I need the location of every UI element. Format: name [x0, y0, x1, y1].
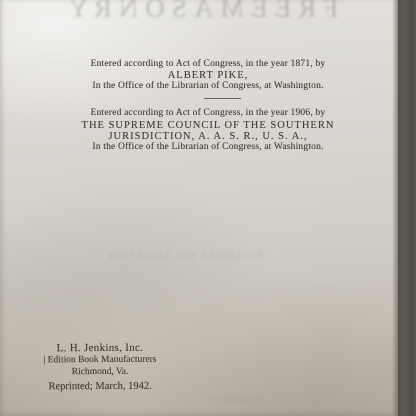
- copyright-1906-council-line1: THE SUPREME COUNCIL OF THE SOUTHERN: [40, 120, 376, 131]
- copyright-1871-author-name: ALBERT PIKE,: [40, 70, 376, 81]
- copyright-1906-office-line: In the Office of the Librarian of Congre…: [40, 142, 376, 154]
- printer-role-line: | Edition Book Manufacturers: [12, 354, 188, 367]
- copyright-notice-1871: Entered according to Act of Congress, in…: [40, 59, 376, 92]
- show-through-title-text: FREEMASONRY: [40, 0, 360, 24]
- section-divider-rule: [204, 98, 241, 99]
- copyright-1871-entered-line: Entered according to Act of Congress, in…: [40, 59, 376, 70]
- book-page: FREEMASONRY Entered according to Act of …: [0, 0, 398, 416]
- copyright-1906-entered-line: Entered according to Act of Congress, in…: [40, 108, 376, 120]
- printer-imprint-block: L. H. Jenkins, Inc. | Edition Book Manuf…: [12, 342, 188, 394]
- copyright-1906-council-line2: JURISDICTION, A. A. S. R., U. S. A.,: [40, 131, 376, 142]
- book-copyright-page-photo: FREEMASONRY Entered according to Act of …: [0, 0, 416, 416]
- copyright-1871-office-line: In the Office of the Librarian of Congre…: [40, 81, 376, 92]
- show-through-smudge-middle: xxxxxxxxx xxx xxxxxxxxx: [70, 250, 300, 261]
- printer-company-name: L. H. Jenkins, Inc.: [12, 342, 188, 355]
- page-edge-background: [392, 0, 416, 416]
- printer-location-line: Richmond, Va.: [12, 366, 188, 379]
- printer-reprint-date-line: Reprinted; March, 1942.: [12, 381, 188, 394]
- show-through-smudge-bottom: xxxxxxxx: [180, 393, 290, 405]
- copyright-notice-1906: Entered according to Act of Congress, in…: [40, 108, 376, 153]
